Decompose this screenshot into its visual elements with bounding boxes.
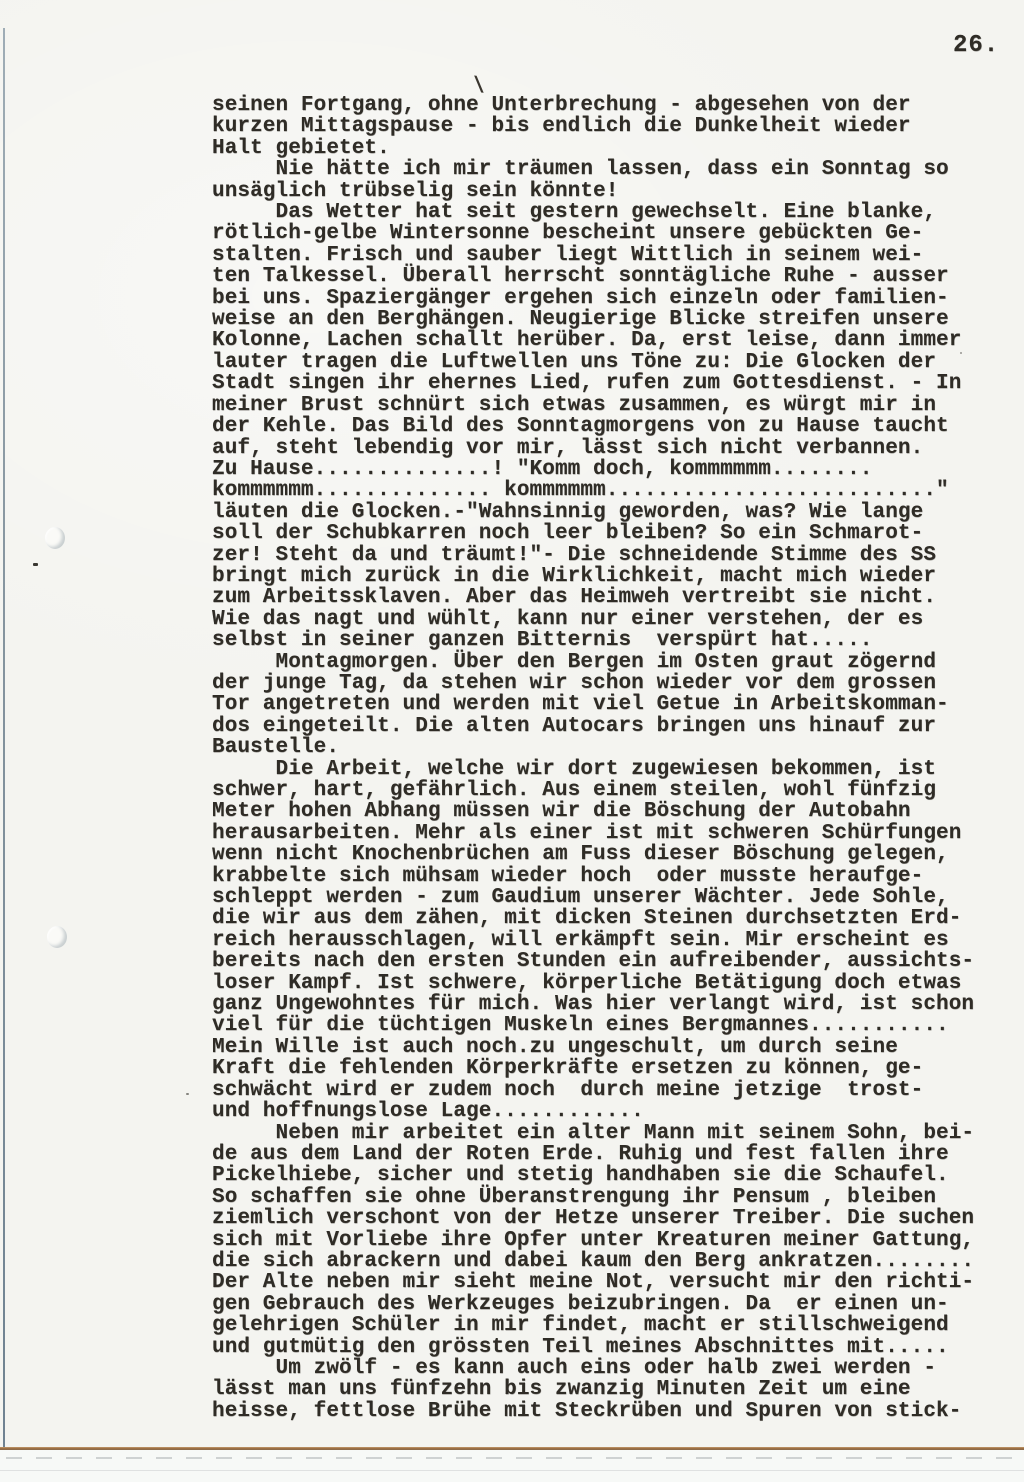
text-line: unsäglich trübselig sein könnte! [212, 181, 1002, 202]
page-bottom-faint-line [0, 1470, 1024, 1471]
text-line: herausarbeiten. Mehr als einer ist mit s… [212, 823, 1002, 844]
text-line: Neben mir arbeitet ein alter Mann mit se… [212, 1123, 1002, 1144]
page-number: 26. [953, 32, 999, 59]
text-line: Tor angetreten und werden mit viel Getue… [212, 694, 1002, 715]
text-line: viel für die tüchtigen Muskeln eines Ber… [212, 1015, 1002, 1036]
text-line: der junge Tag, da stehen wir schon wiede… [212, 673, 1002, 694]
text-line: reich herausschlagen, will erkämpft sein… [212, 930, 1002, 951]
text-line: Stadt singen ihr ehernes Lied, rufen zum… [212, 373, 1002, 394]
text-line: die sich abrackern und dabei kaum den Be… [212, 1251, 1002, 1272]
text-line: soll der Schubkarren noch leer bleiben? … [212, 523, 1002, 544]
text-line: loser Kampf. Ist schwere, körperliche Be… [212, 973, 1002, 994]
page-bottom-shadow-line [6, 1457, 1016, 1459]
typewritten-text-block: seinen Fortgang, ohne Unterbrechung - ab… [212, 95, 1002, 1422]
text-line: stalten. Frisch und sauber liegt Wittlic… [212, 245, 1002, 266]
text-line: seinen Fortgang, ohne Unterbrechung - ab… [212, 95, 1002, 116]
hole-punch-bottom [47, 926, 67, 948]
scan-speck [33, 563, 38, 566]
text-line: schwächt wird er zudem noch durch meine … [212, 1080, 1002, 1101]
text-line: wenn nicht Knochenbrüchen am Fuss dieser… [212, 844, 1002, 865]
text-line: Der Alte neben mir sieht meine Not, vers… [212, 1272, 1002, 1293]
text-line: der Kehle. Das Bild des Sonntagmorgens v… [212, 416, 1002, 437]
page-left-edge-line [3, 28, 5, 1449]
text-line: meiner Brust schnürt sich etwas zusammen… [212, 395, 1002, 416]
text-line: Mein Wille ist auch noch.zu ungeschult, … [212, 1037, 1002, 1058]
scan-speck [186, 1093, 189, 1095]
text-line: Meter hohen Abhang müssen wir die Böschu… [212, 801, 1002, 822]
text-line: Kraft die fehlenden Körperkräfte ersetze… [212, 1058, 1002, 1079]
text-line: krabbelte sich mühsam wieder hoch oder m… [212, 866, 1002, 887]
text-line: Baustelle. [212, 737, 1002, 758]
text-line: Kolonne, Lachen schallt herüber. Da, ers… [212, 330, 1002, 351]
text-line: bringt mich zurück in die Wirklichkeit, … [212, 566, 1002, 587]
text-line: dos eingeteilt. Die alten Autocars bring… [212, 716, 1002, 737]
scanned-document-page: 26. \ seinen Fortgang, ohne Unterbrechun… [0, 0, 1024, 1482]
text-line: Das Wetter hat seit gestern gewechselt. … [212, 202, 1002, 223]
text-line: de aus dem Land der Roten Erde. Ruhig un… [212, 1144, 1002, 1165]
text-line: und gutmütig den grössten Teil meines Ab… [212, 1337, 1002, 1358]
text-line: auf, steht lebendig vor mir, lässt sich … [212, 438, 1002, 459]
text-line: kommmmmm.............. kommmmmm.........… [212, 480, 1002, 501]
text-line: gelehrigen Schüler in mir findet, macht … [212, 1315, 1002, 1336]
text-line: ganz Ungewohntes für mich. Was hier verl… [212, 994, 1002, 1015]
text-line: lässt man uns fünfzehn bis zwanzig Minut… [212, 1379, 1002, 1400]
text-line: Pickelhiebe, sicher und stetig handhaben… [212, 1165, 1002, 1186]
text-line: schleppt werden - zum Gaudium unserer Wä… [212, 887, 1002, 908]
text-line: kurzen Mittagspause - bis endlich die Du… [212, 116, 1002, 137]
hole-punch-top [45, 527, 65, 549]
text-line: Montagmorgen. Über den Bergen im Osten g… [212, 652, 1002, 673]
text-line: Zu Hause..............! "Komm doch, komm… [212, 459, 1002, 480]
text-line: selbst in seiner ganzen Bitternis verspü… [212, 630, 1002, 651]
text-line: Nie hätte ich mir träumen lassen, dass e… [212, 159, 1002, 180]
text-line: läuten die Glocken.-"Wahnsinnig geworden… [212, 502, 1002, 523]
page-bottom-edge-line [0, 1447, 1024, 1450]
text-line: Halt gebietet. [212, 138, 1002, 159]
text-line: Um zwölf - es kann auch eins oder halb z… [212, 1358, 1002, 1379]
text-line: die wir aus dem zähen, mit dicken Steine… [212, 908, 1002, 929]
text-line: Wie das nagt und wühlt, kann nur einer v… [212, 609, 1002, 630]
text-line: So schaffen sie ohne Überanstrengung ihr… [212, 1187, 1002, 1208]
text-line: und hoffnungslose Lage............ [212, 1101, 1002, 1122]
text-line: Die Arbeit, welche wir dort zugewiesen b… [212, 759, 1002, 780]
text-line: gen Gebrauch des Werkzeuges beizubringen… [212, 1294, 1002, 1315]
text-line: sich mit Vorliebe ihre Opfer unter Kreat… [212, 1230, 1002, 1251]
text-line: weise an den Berghängen. Neugierige Blic… [212, 309, 1002, 330]
scan-bottom-strip [0, 1450, 1024, 1482]
text-line: heisse, fettlose Brühe mit Steckrüben un… [212, 1401, 1002, 1422]
text-line: bei uns. Spaziergänger ergehen sich einz… [212, 288, 1002, 309]
text-line: lauter tragen die Luftwellen uns Töne zu… [212, 352, 1002, 373]
text-line: zer! Steht da und träumt!"- Die schneide… [212, 545, 1002, 566]
text-line: bereits nach den ersten Stunden ein aufr… [212, 951, 1002, 972]
text-line: zum Arbeitssklaven. Aber das Heimweh ver… [212, 587, 1002, 608]
text-line: ziemlich verschont von der Hetze unserer… [212, 1208, 1002, 1229]
text-line: rötlich-gelbe Wintersonne bescheint unse… [212, 223, 1002, 244]
text-line: ten Talkessel. Überall herrscht sonntägl… [212, 266, 1002, 287]
text-line: schwer, hart, gefährlich. Aus einem stei… [212, 780, 1002, 801]
